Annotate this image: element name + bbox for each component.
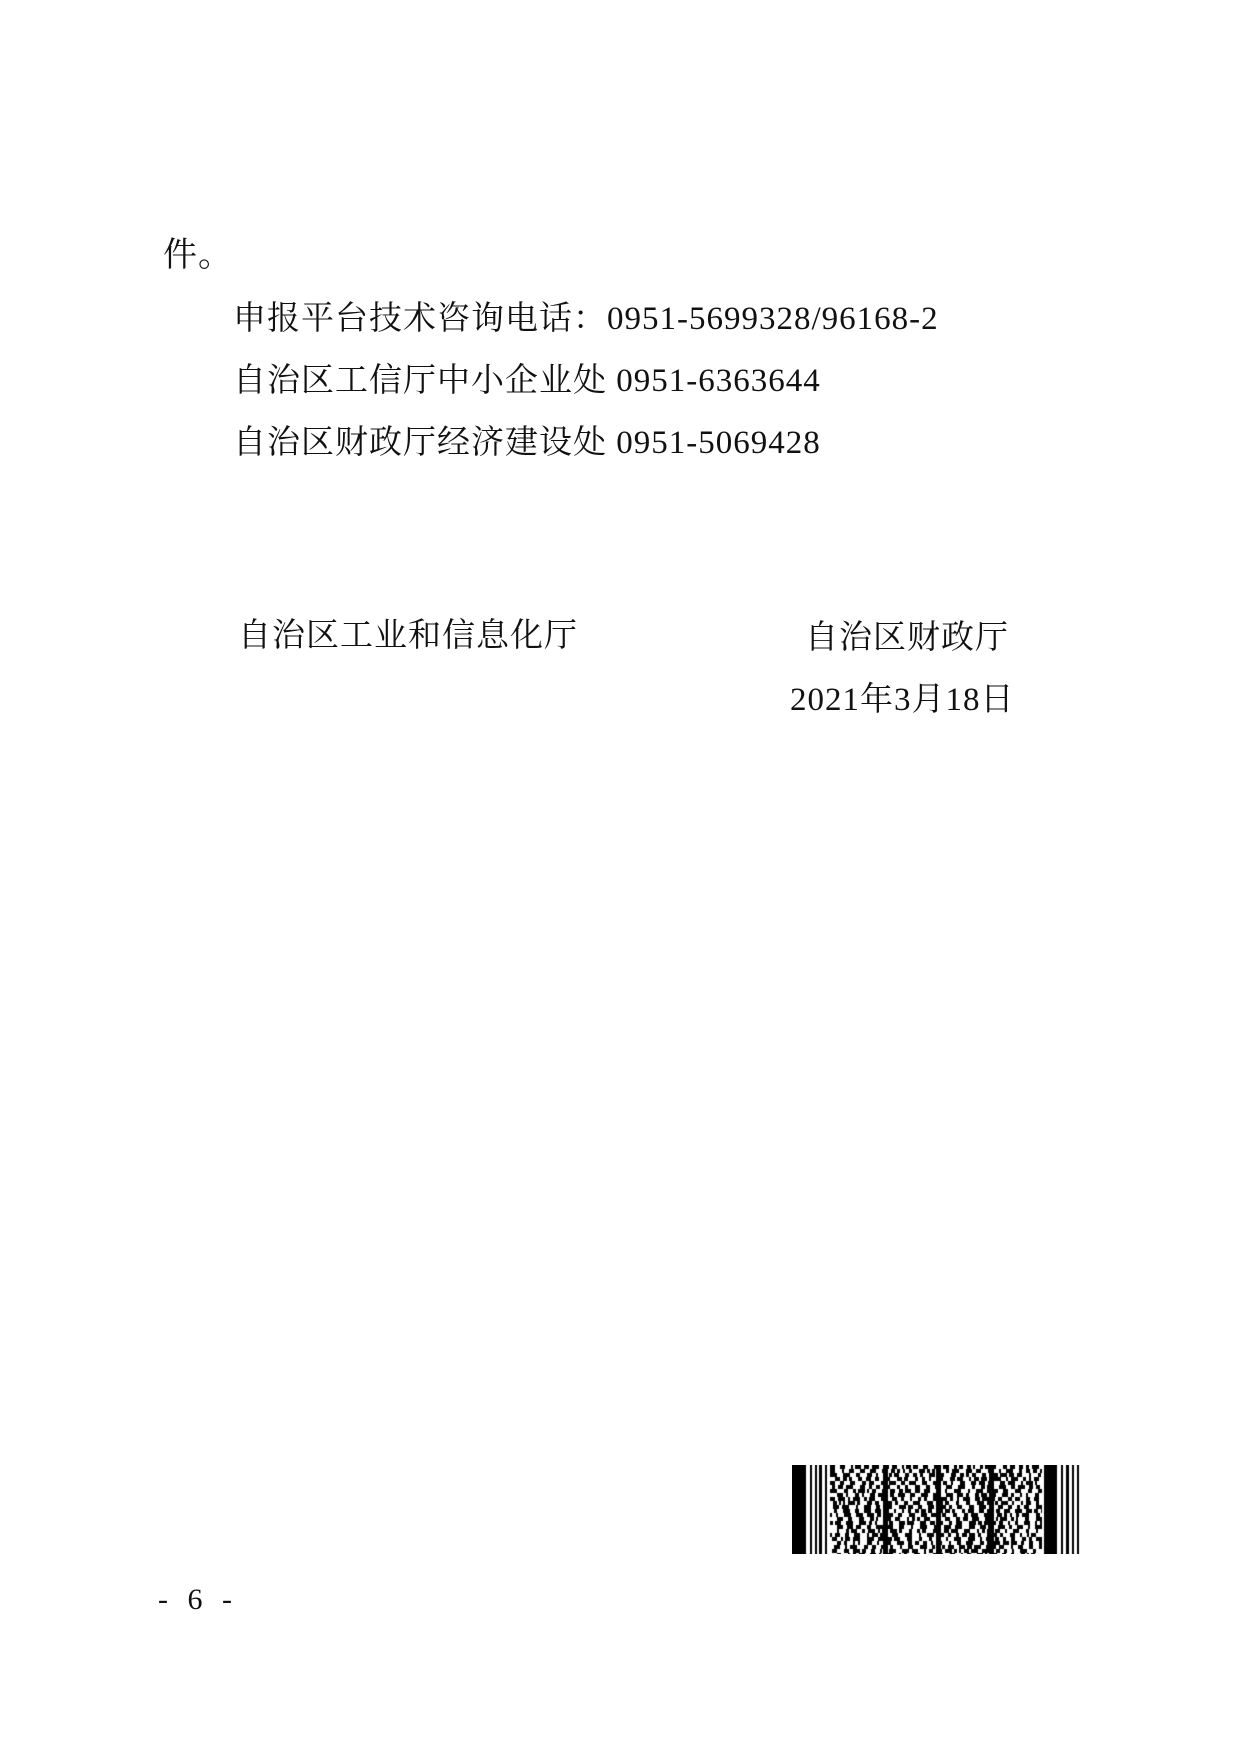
- contact-line-gongxin-dept: 自治区工信厅中小企业处 0951-6363644: [233, 362, 821, 402]
- signature-org-left: 自治区工业和信息化厅: [238, 617, 578, 657]
- barcode-2d: [792, 1465, 1082, 1554]
- page-number: - 6 -: [158, 1583, 238, 1617]
- document-page: 件。 申报平台技术咨询电话：0951-5699328/96168-2 自治区工信…: [0, 0, 1242, 1755]
- signature-org-right: 自治区财政厅: [805, 619, 1009, 659]
- signature-date: 2021年3月18日: [790, 681, 1015, 721]
- contact-line-platform-phone: 申报平台技术咨询电话：0951-5699328/96168-2: [233, 300, 939, 340]
- paragraph-continuation-text: 件。: [163, 236, 233, 277]
- barcode-2d-canvas: [792, 1465, 1082, 1554]
- contact-line-finance-dept: 自治区财政厅经济建设处 0951-5069428: [233, 424, 821, 464]
